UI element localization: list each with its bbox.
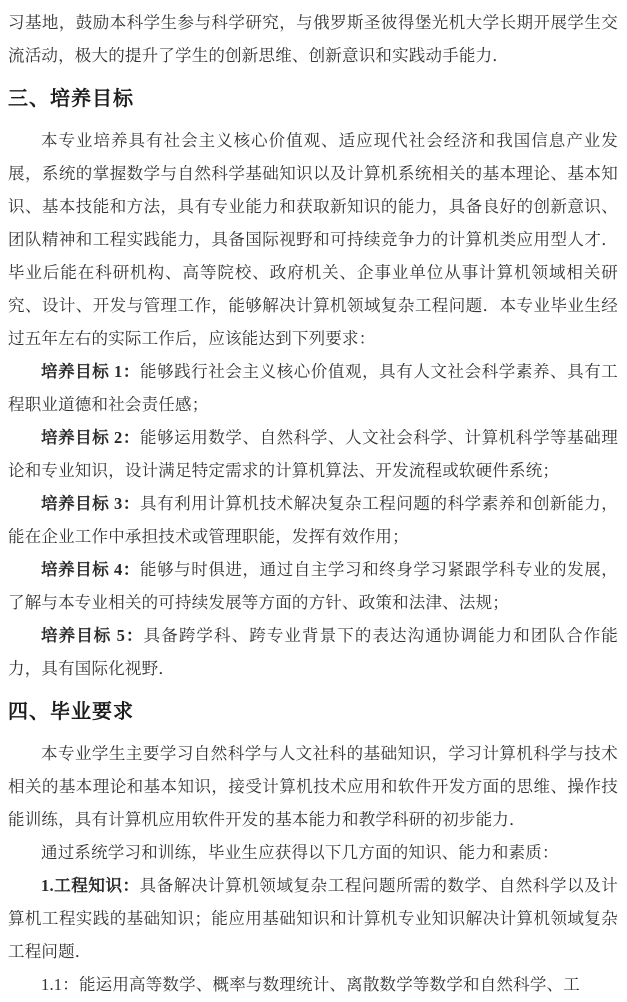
objective-paragraph-4: 培养目标 4：能够与时俱进，通过自主学习和终身学习紧跟学科专业的发展，了解与本专…	[8, 553, 618, 619]
objective-5-label: 培养目标 5：	[41, 626, 144, 645]
paragraph-continuation: 习基地，鼓励本科学生参与科学研究，与俄罗斯圣彼得堡光机大学长期开展学生交流活动，…	[8, 6, 618, 72]
section-heading-graduation-requirements: 四、毕业要求	[8, 697, 618, 727]
paragraph-graduation-intro-2: 通过系统学习和训练，毕业生应获得以下几方面的知识、能力和素质：	[8, 836, 618, 869]
section-heading-training-objectives: 三、培养目标	[8, 84, 618, 114]
paragraph-training-objectives-intro: 本专业培养具有社会主义核心价值观、适应现代社会经济和我国信息产业发展，系统的掌握…	[8, 124, 618, 355]
objective-paragraph-3: 培养目标 3：具有利用计算机技术解决复杂工程问题的科学素养和创新能力，能在企业工…	[8, 487, 618, 553]
requirement-1-1-text: 能运用高等数学、概率与数理统计、离散数学等数学和自然科学、工	[79, 975, 580, 994]
objective-3-label: 培养目标 3：	[41, 494, 140, 513]
requirement-1-label: 1.工程知识：	[41, 876, 140, 895]
requirement-1-1-label: 1.1：	[41, 975, 79, 994]
objective-1-label: 培养目标 1：	[41, 362, 140, 381]
objective-paragraph-1: 培养目标 1：能够践行社会主义核心价值观，具有人文社会科学素养、具有工程职业道德…	[8, 355, 618, 421]
objective-paragraph-2: 培养目标 2：能够运用数学、自然科学、人文社会科学、计算机科学等基础理论和专业知…	[8, 421, 618, 487]
objective-paragraph-5: 培养目标 5：具备跨学科、跨专业背景下的表达沟通协调能力和团队合作能力，具有国际…	[8, 619, 618, 685]
requirement-paragraph-engineering-knowledge: 1.工程知识：具备解决计算机领域复杂工程问题所需的数学、自然科学以及计算机工程实…	[8, 869, 618, 968]
requirement-item-1-1: 1.1：能运用高等数学、概率与数理统计、离散数学等数学和自然科学、工	[8, 968, 618, 1001]
objective-4-label: 培养目标 4：	[41, 560, 140, 579]
paragraph-graduation-intro-1: 本专业学生主要学习自然科学与人文社科的基础知识，学习计算机科学与技术相关的基本理…	[8, 737, 618, 836]
objective-2-label: 培养目标 2：	[41, 428, 140, 447]
document-page: 习基地，鼓励本科学生参与科学研究，与俄罗斯圣彼得堡光机大学长期开展学生交流活动，…	[0, 0, 627, 1002]
